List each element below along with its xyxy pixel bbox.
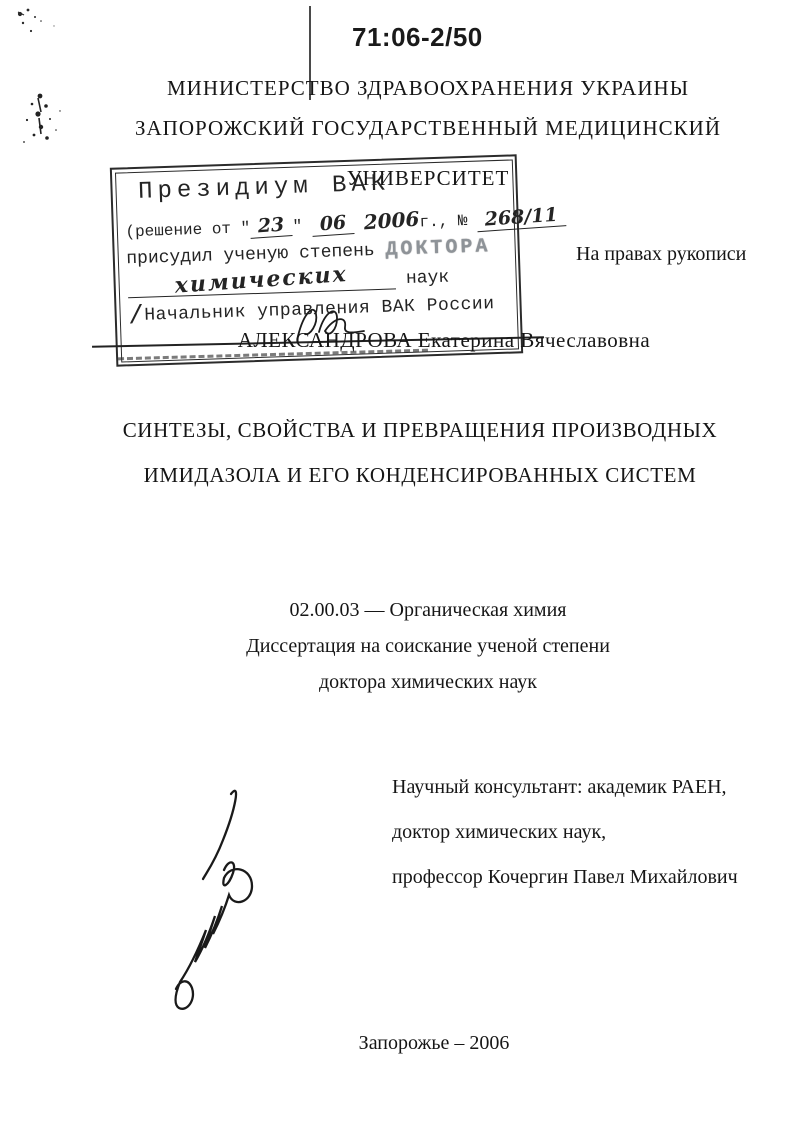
stamp-official-slash: / [128, 300, 145, 331]
stamp-decision-year-handwritten: 2006 [363, 206, 420, 234]
stamp-degree-ghost-text: ДОКТОРА [385, 235, 491, 261]
stamp-field-suffix: наук [406, 267, 450, 288]
author-name: АЛЕКСАНДРОВА Екатерина Вячеславовна [90, 328, 798, 353]
consultant-line-3: профессор Кочергин Павел Михайлович [392, 866, 738, 889]
stamp-decision-line: (решение от "23" 06 2006г., № 268/11 [125, 202, 566, 242]
stamp-decision-day-handwritten: 23 [249, 213, 293, 239]
stamp-decision-number-handwritten: 268/11 [476, 203, 566, 232]
author-signature [128, 778, 308, 1028]
stamp-decision-suffix: г., № [419, 211, 468, 231]
consultant-line-2: доктор химических наук, [392, 821, 738, 844]
degree-seeking-line-1: Диссертация на соискание ученой степени [58, 635, 798, 658]
scan-noise-speck-cluster-top [10, 4, 80, 64]
consultant-block: Научный консультант: академик РАЕН, докт… [392, 776, 738, 911]
catalog-number: 71:06-2/50 [352, 22, 483, 53]
stamp-decision-month-handwritten: 06 [311, 211, 355, 237]
specialty-code-line: 02.00.03 — Органическая химия [58, 599, 798, 622]
dissertation-title-page: 71:06-2/50 МИНИСТЕРСТВО ЗДРАВООХРАНЕНИЯ … [0, 0, 798, 1141]
degree-seeking-line-2: доктора химических наук [58, 671, 798, 694]
stamp-org-line: Президиум ВАК [138, 170, 391, 205]
dissertation-title-line-1: СИНТЕЗЫ, СВОЙСТВА И ПРЕВРАЩЕНИЯ ПРОИЗВОД… [42, 418, 798, 443]
university-line-1: ЗАПОРОЖСКИЙ ГОСУДАРСТВЕННЫЙ МЕДИЦИНСКИЙ [58, 116, 798, 141]
ministry-line: МИНИСТЕРСТВО ЗДРАВООХРАНЕНИЯ УКРАИНЫ [58, 76, 798, 101]
stamp-decision-quote: " [292, 217, 302, 235]
manuscript-rights-note: На правах рукописи [576, 243, 746, 266]
dissertation-title-line-2: ИМИДАЗОЛА И ЕГО КОНДЕНСИРОВАННЫХ СИСТЕМ [42, 463, 798, 488]
city-year-line: Запорожье – 2006 [70, 1032, 798, 1055]
stamp-decision-label: (решение от " [125, 219, 250, 241]
consultant-line-1: Научный консультант: академик РАЕН, [392, 776, 738, 799]
